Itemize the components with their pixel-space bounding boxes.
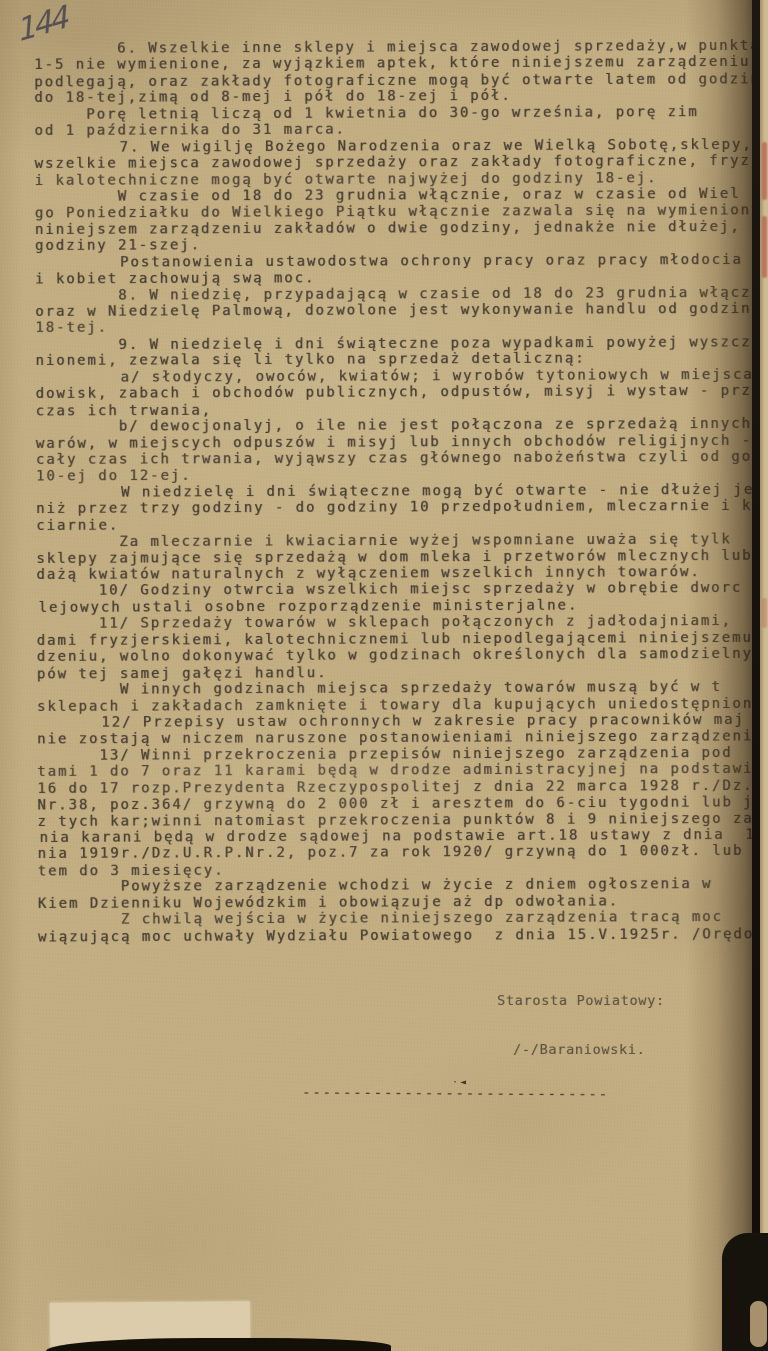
bottom-right-corner-shadow [722, 1233, 768, 1351]
text-line: 7. We wigilję Bożego Narodzenia oraz we … [36, 136, 768, 156]
text-line: 6. Wszelkie inne sklepy i miejsca zawodo… [34, 38, 768, 58]
text-line: pów tej samej gałęzi handlu. [37, 663, 768, 683]
text-line: go Poniedziałku do Wielkiego Piątku włąc… [35, 203, 768, 223]
scanned-document: 144 6. Wszelkie inne sklepy i miejsca za… [0, 0, 768, 1351]
typewritten-body: 6. Wszelkie inne sklepy i miejsca zawodo… [34, 38, 768, 945]
text-line: i kalotechniczne mogą być otwarte najwyż… [35, 169, 768, 189]
text-line: tem do 3 miesięcy. [38, 860, 768, 880]
text-line: podlegają, oraz zakłady fotograficzne mo… [34, 71, 768, 91]
text-line: nia karani będą w drodze sądowej na pods… [39, 827, 768, 847]
red-edge-mark [762, 142, 767, 200]
signature-title: Starosta Powiatowy: [497, 993, 665, 1009]
adjacent-page-corner [750, 1301, 767, 1347]
signature-name: /-/Baraniowski. [513, 1042, 645, 1058]
text-line: czas ich trwania, [36, 400, 768, 420]
red-edge-mark [762, 598, 767, 628]
text-line: 9. W niedzielę i dni świąteczne poza wyp… [35, 334, 768, 354]
dashed-divider: ------------------------------ [302, 1085, 609, 1103]
text-line: 8. W niedzię, przypadającą w czasie od 1… [35, 284, 768, 304]
text-line: Za mleczarnie i kwiaciarnie wyżej wspomn… [36, 531, 768, 551]
text-line: Nr.38, poz.364/ grzywną do 2 000 zł i ar… [37, 794, 768, 814]
text-line: niż przez trzy godziny - do godziny 10 p… [36, 498, 768, 518]
text-line: W niedzielę i dni świąteczne mogą być ot… [38, 481, 768, 501]
red-edge-mark [762, 216, 767, 278]
text-line: wiązującą moc uchwały Wydziału Powiatowe… [38, 926, 768, 946]
text-line: a/ słodyczy, owoców, kwiatów; i wyrobów … [37, 366, 768, 386]
text-line: 11/ Sprzedaży towarów w sklepach połączo… [37, 613, 768, 633]
text-line: nie zostają w niczem naruszone postanowi… [37, 729, 768, 749]
adjacent-page-edge [760, 0, 768, 1351]
